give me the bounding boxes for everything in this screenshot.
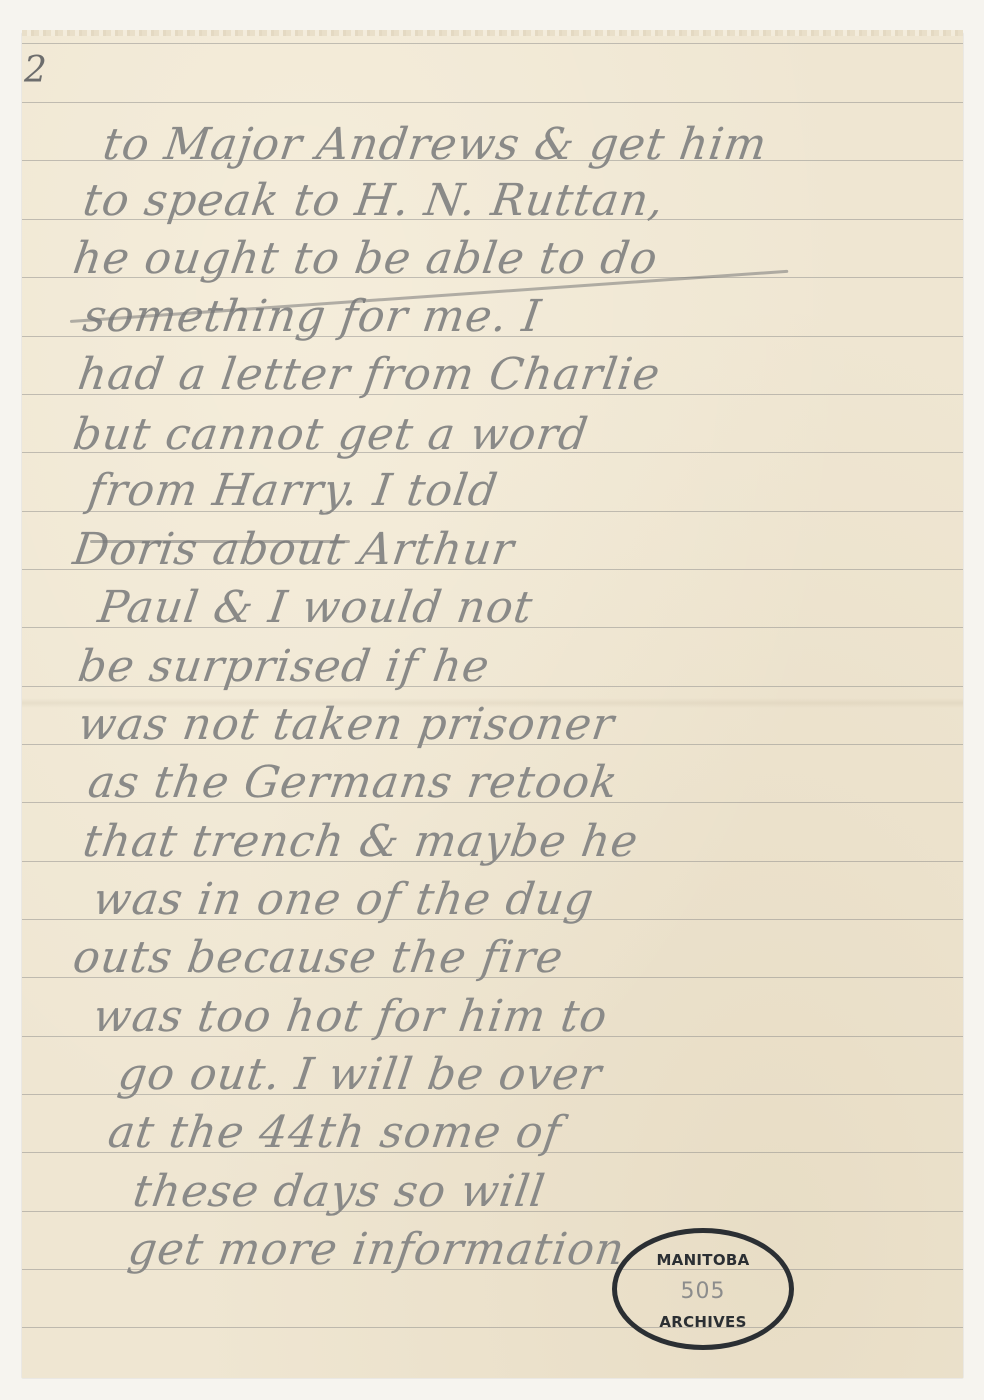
handwritten-line: that trench & maybe he [80,817,967,867]
stamp-bottom-text: ARCHIVES [659,1313,746,1331]
handwritten-line: was in one of the dug [90,875,977,925]
handwritten-line: outs because the fire [70,933,957,983]
ruled-line [22,1327,963,1328]
handwritten-line: Doris about Arthur [70,525,957,575]
stamp-top-text: MANITOBA [656,1251,749,1269]
handwritten-line: these days so will [130,1167,984,1217]
handwritten-line: he ought to be able to do [70,234,957,284]
stamp-number: 505 [681,1279,726,1304]
handwritten-line: at the 44th some of [105,1108,984,1158]
archives-stamp: MANITOBA 505 ARCHIVES [612,1228,794,1350]
handwritten-line: something for me. I [80,292,967,342]
handwritten-line: was not taken prisoner [75,700,962,750]
handwritten-line: go out. I will be over [115,1050,984,1100]
handwritten-line: be surprised if he [75,642,962,692]
strike-through [90,540,350,543]
ruled-line [22,43,963,44]
handwritten-line: get more information [125,1225,984,1275]
page-number: 2 [24,50,47,91]
ruled-line [22,102,963,103]
handwritten-line: had a letter from Charlie [75,350,962,400]
handwritten-line: Paul & I would not [95,583,982,633]
handwritten-line: to Major Andrews & get him [100,120,984,170]
handwritten-line: but cannot get a word [70,410,957,460]
handwritten-line: as the Germans retook [85,758,972,808]
handwritten-line: was too hot for him to [90,992,977,1042]
handwritten-line: to speak to H. N. Ruttan, [80,176,967,226]
torn-top-edge [22,30,963,36]
handwritten-line: from Harry. I told [85,466,972,516]
